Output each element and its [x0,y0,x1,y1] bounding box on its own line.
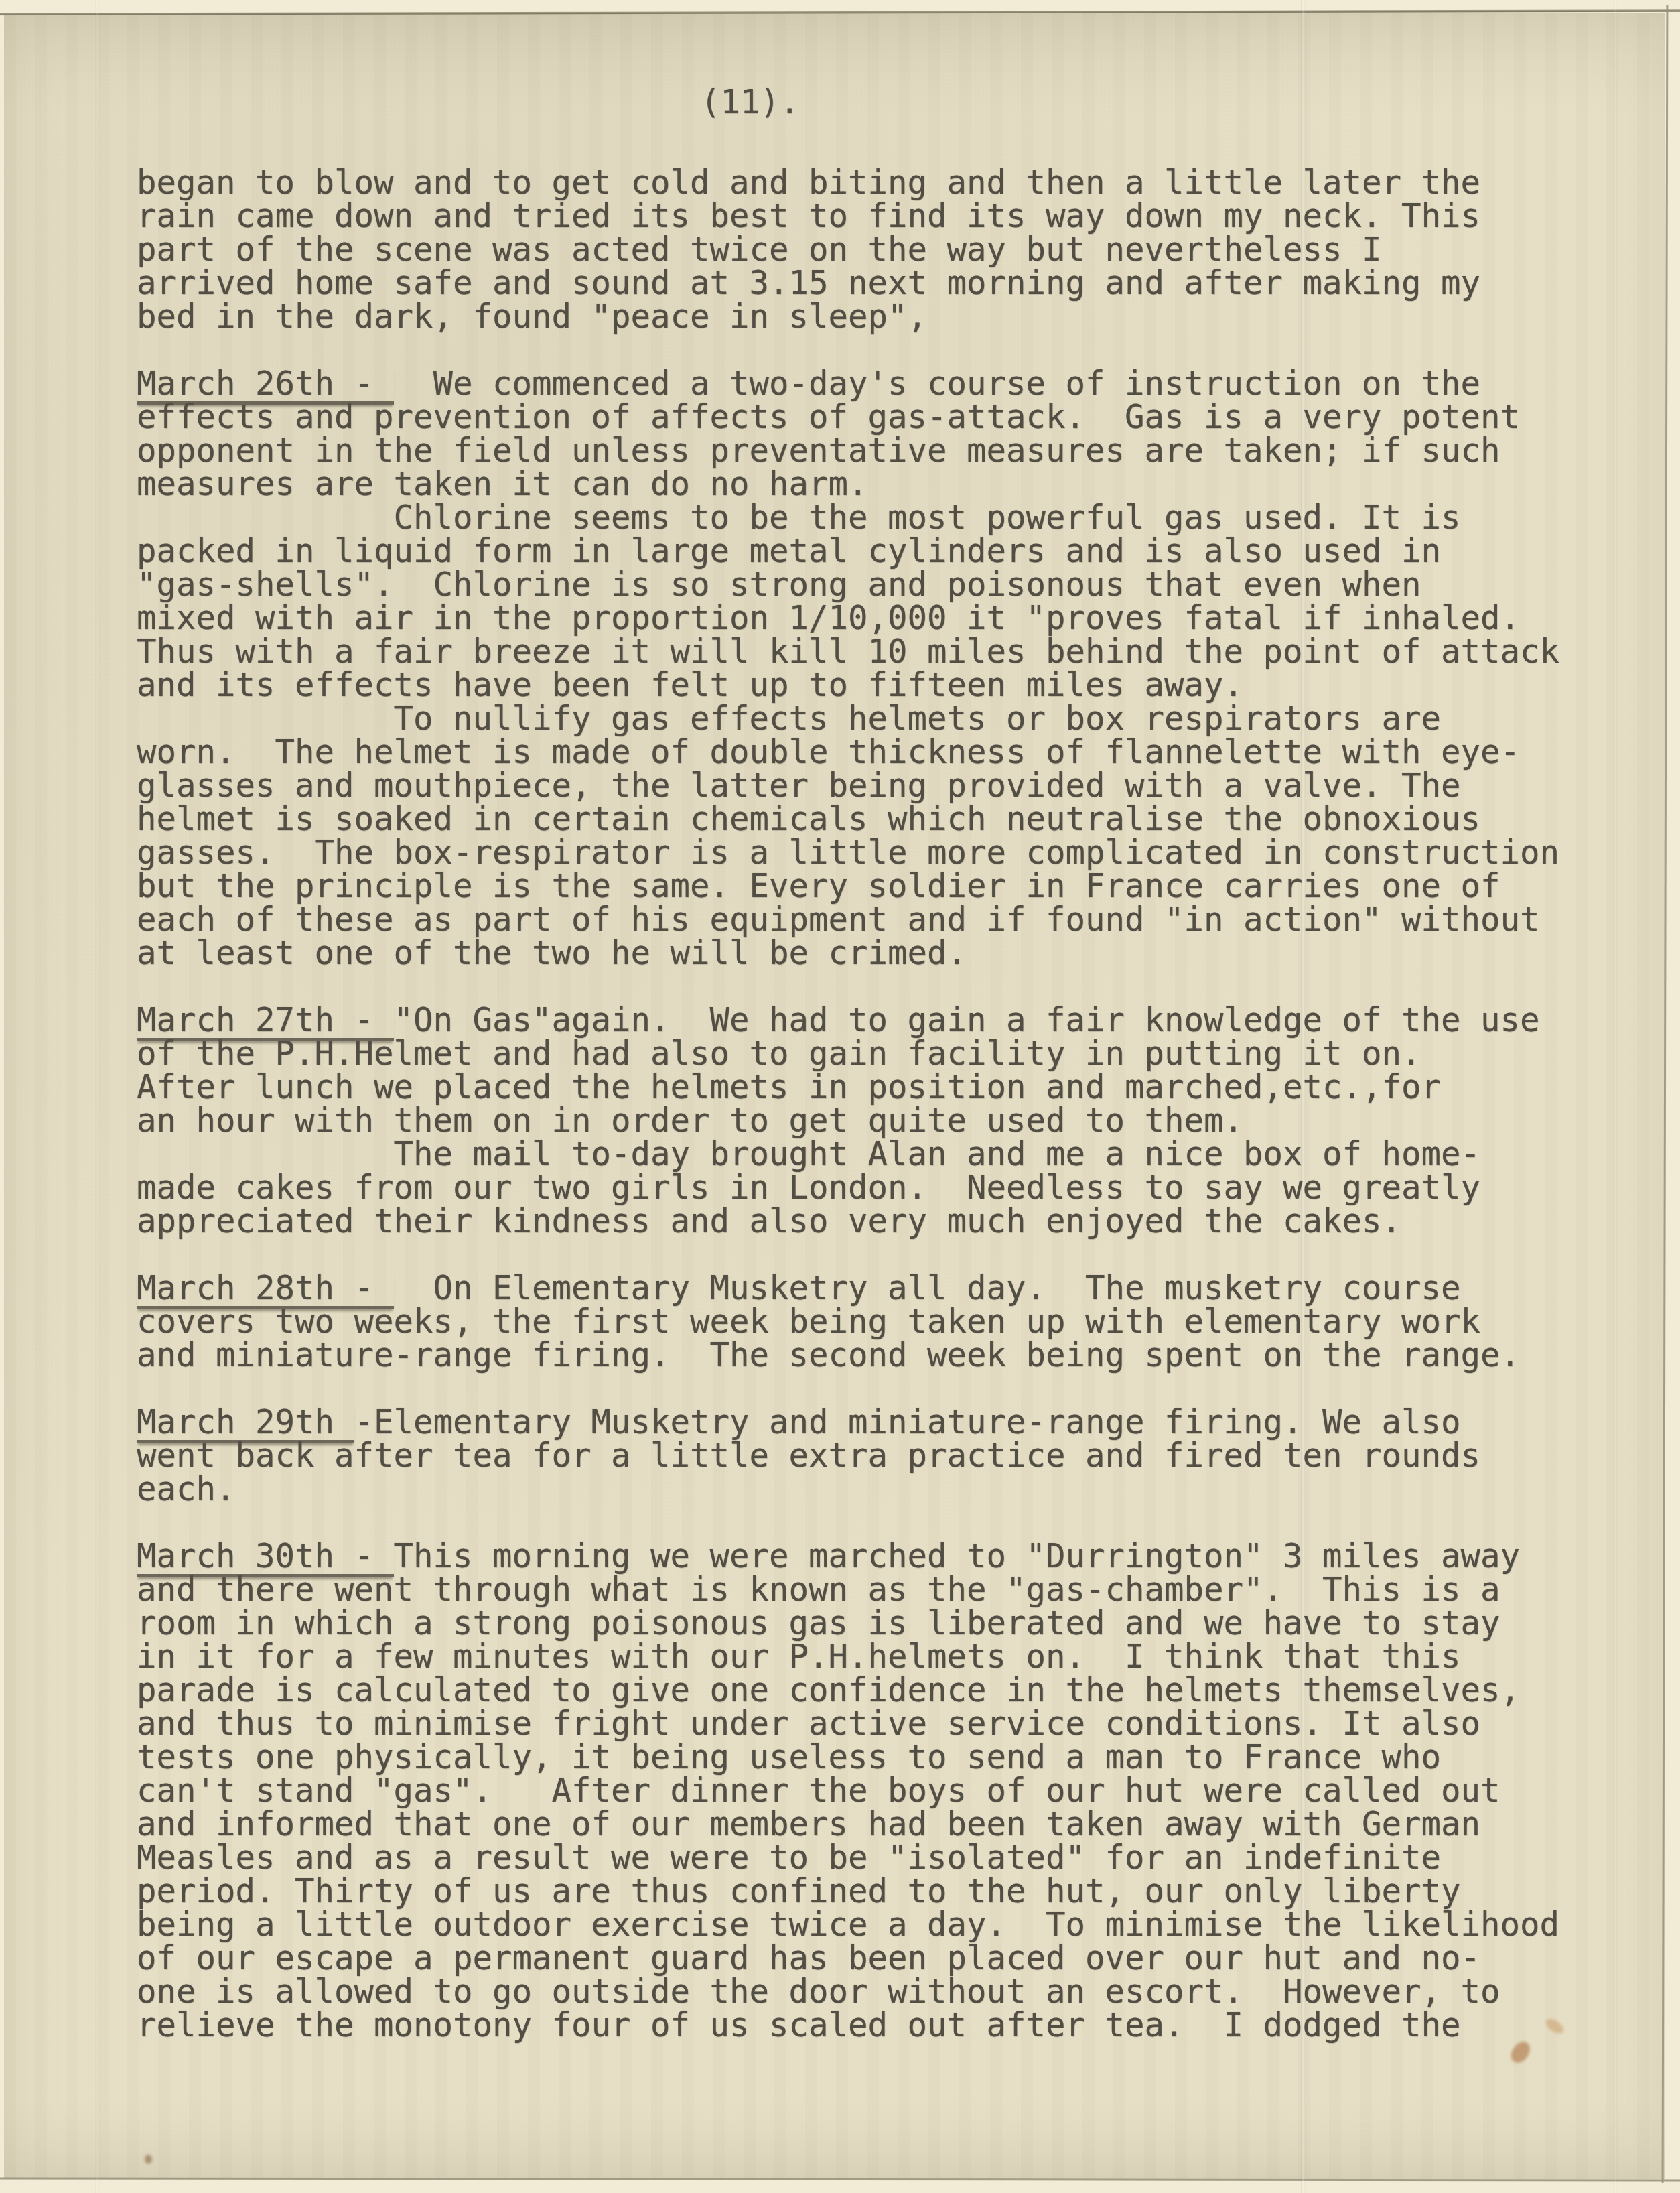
text-line: Thus with a fair breeze it will kill 10 … [137,635,1559,669]
text-line: appreciated their kindness and also very… [137,1205,1559,1238]
text-line: March 28th - On Elementary Musketry all … [137,1272,1559,1305]
text-line: March 27th - "On Gas"again. We had to ga… [137,1004,1559,1037]
text-line: of our escape a permanent guard has been… [137,1942,1559,1975]
text-line: March 30th - This morning we were marche… [137,1540,1559,1573]
text-line: The mail to-day brought Alan and me a ni… [137,1138,1559,1171]
text-line: room in which a strong poisonous gas is … [137,1607,1559,1640]
paper-crease [1613,0,1618,2193]
text-line: gasses. The box-respirator is a little m… [137,836,1559,870]
diary-entry: March 28th - On Elementary Musketry all … [137,1272,1559,1372]
typed-text: began to blow and to get cold and biting… [137,166,1559,2076]
text-line: and there went through what is known as … [137,1573,1559,1607]
text-line: Measles and as a result we were to be "i… [137,1841,1559,1875]
text-line: measures are taken it can do no harm. [137,468,1559,501]
text-line: at least one of the two he will be crime… [137,937,1559,970]
ink-speck [145,2155,152,2164]
text-line: an hour with them on in order to get qui… [137,1104,1559,1138]
diary-entry: March 26th - We commenced a two-day's co… [137,367,1559,970]
diary-entry: March 27th - "On Gas"again. We had to ga… [137,1004,1559,1238]
text-line: parade is calculated to give one confide… [137,1674,1559,1707]
text-line: and its effects have been felt up to fif… [137,669,1559,702]
entry-first-line-rest: This morning we were marched to "Durring… [394,1537,1521,1575]
entry-first-line-rest: "On Gas"again. We had to gain a fair kno… [394,1001,1540,1039]
text-line: After lunch we placed the helmets in pos… [137,1071,1559,1104]
text-line: went back after tea for a little extra p… [137,1439,1559,1473]
text-line: March 26th - We commenced a two-day's co… [137,367,1559,401]
text-line: each of these as part of his equipment a… [137,903,1559,937]
text-line: bed in the dark, found "peace in sleep", [137,300,1559,334]
text-line: glasses and mouthpiece, the latter being… [137,769,1559,803]
entry-first-line-rest: -Elementary Musketry and miniature-range… [354,1403,1461,1441]
diary-entry: March 30th - This morning we were marche… [137,1540,1559,2042]
text-line: Chlorine seems to be the most powerful g… [137,501,1559,535]
text-line: packed in liquid form in large metal cyl… [137,535,1559,568]
text-line: To nullify gas effects helmets or box re… [137,702,1559,736]
text-line: arrived home safe and sound at 3.15 next… [137,267,1559,300]
text-line: of the P.H.Helmet and had also to gain f… [137,1037,1559,1071]
text-line: covers two weeks, the first week being t… [137,1305,1559,1339]
text-line: being a little outdoor exercise twice a … [137,1908,1559,1942]
text-line: period. Thirty of us are thus confined t… [137,1875,1559,1908]
text-line: made cakes from our two girls in London.… [137,1171,1559,1205]
text-line: helmet is soaked in certain chemicals wh… [137,803,1559,836]
text-line: relieve the monotony four of us scaled o… [137,2009,1559,2042]
text-line: effects and prevention of affects of gas… [137,401,1559,434]
text-line: one is allowed to go outside the door wi… [137,1975,1559,2009]
text-line: began to blow and to get cold and biting… [137,166,1559,200]
text-line: and informed that one of our members had… [137,1808,1559,1841]
text-line: can't stand "gas". After dinner the boys… [137,1774,1559,1808]
text-line: rain came down and tried its best to fin… [137,200,1559,233]
text-line: tests one physically, it being useless t… [137,1741,1559,1774]
text-line: "gas-shells". Chlorine is so strong and … [137,568,1559,602]
entry-first-line-rest: We commenced a two-day's course of instr… [394,364,1481,403]
text-line: part of the scene was acted twice on the… [137,233,1559,267]
text-line: March 29th -Elementary Musketry and mini… [137,1406,1559,1439]
paper-crease [95,0,100,2193]
entry-first-line-rest: On Elementary Musketry all day. The musk… [394,1269,1461,1307]
page-number: (11). [701,86,800,119]
diary-entry: began to blow and to get cold and biting… [137,166,1559,334]
text-line: and miniature-range firing. The second w… [137,1339,1559,1372]
text-line: mixed with air in the proportion 1/10,00… [137,602,1559,635]
text-line: each. [137,1473,1559,1506]
text-line: in it for a few minutes with our P.H.hel… [137,1640,1559,1674]
text-line: but the principle is the same. Every sol… [137,870,1559,903]
diary-entry: March 29th -Elementary Musketry and mini… [137,1406,1559,1506]
text-line: opponent in the field unless preventativ… [137,434,1559,468]
text-line: worn. The helmet is made of double thick… [137,736,1559,769]
text-line: and thus to minimise fright under active… [137,1707,1559,1741]
